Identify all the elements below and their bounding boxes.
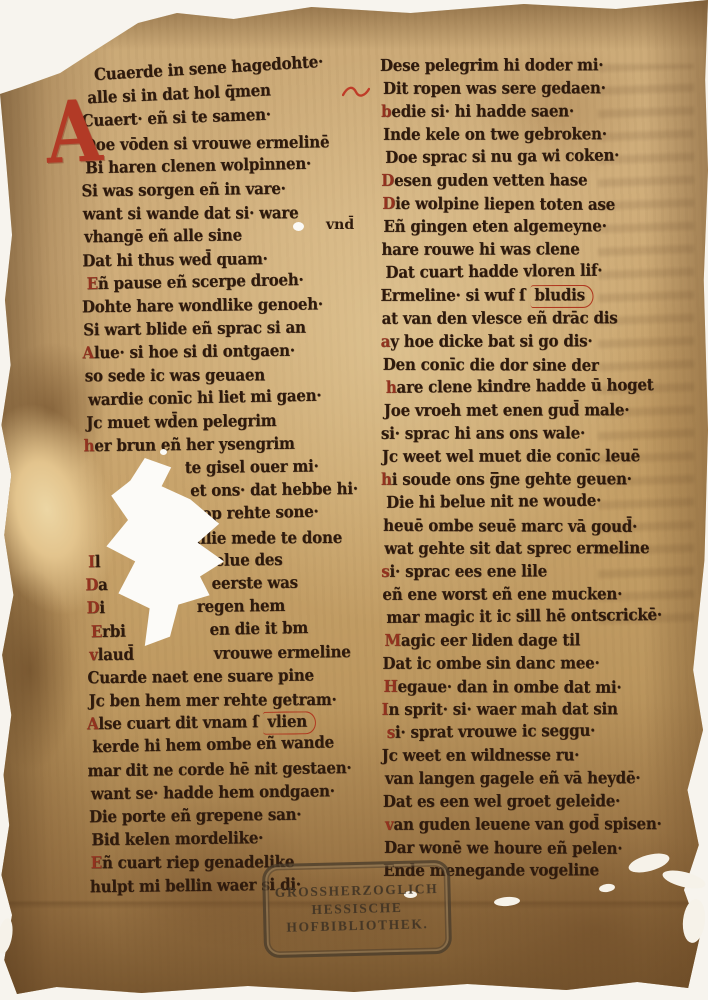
manuscript-line: hare clene kindre hadde ū hoget — [386, 372, 691, 400]
manuscript-line: Desen guden vetten hase — [381, 167, 690, 193]
manuscript-line-fragment: eerste was — [211, 572, 297, 593]
manuscript-line: Dat ic ombe sin danc mee· — [382, 650, 691, 676]
manuscript-line: si· sprat vrouwe ic seggu· — [387, 717, 692, 745]
red-circled-word: bludis — [530, 285, 594, 308]
marginal-note: vnd̄ — [326, 218, 354, 232]
manuscript-photo: Cuaerde in sene hagedohte·alle si in dat… — [0, 0, 708, 1000]
worm-hole — [293, 222, 304, 231]
manuscript-line-fragment: Di — [86, 598, 105, 618]
manuscript-line: Doe sprac si nu ga wi coken· — [385, 142, 690, 170]
manuscript-line-fragment: regen hem — [197, 596, 285, 617]
illuminated-initial: A — [44, 93, 104, 172]
manuscript-line-fragment: Ermeline· si wuf ſ — [381, 285, 526, 305]
manuscript-line-fragment: op rehte sone· — [201, 501, 318, 523]
manuscript-line-fragment: Da — [85, 575, 108, 595]
text-column-right: Dese pelegrim hi doder mi·Dit ropen was … — [380, 54, 692, 883]
manuscript-line-fragment: Il — [88, 552, 101, 572]
manuscript-line-fragment: vlaud̄ — [89, 644, 134, 664]
manuscript-line: van guden leuene van god̄ spisen· — [385, 811, 692, 837]
torn-edge-dark-patch — [0, 540, 90, 800]
stamp-line: HESSISCHE — [311, 900, 402, 919]
red-correction-mark-icon — [342, 84, 370, 100]
manuscript-line-fragment — [134, 658, 214, 659]
worm-hole — [160, 449, 167, 455]
manuscript-line-fragment: en die it bm — [209, 617, 308, 639]
library-stamp: GROSSHERZOGLICH HESSISCHE HOFBIBLIOTHEK. — [262, 860, 452, 959]
manuscript-line-fragment: allie mede te done — [191, 527, 342, 548]
manuscript-line-fragment: et ons· dat hebbe hi· — [190, 479, 358, 501]
stamp-line: GROSSHERZOGLICH — [275, 881, 439, 901]
stamp-line: HOFBIBLIOTHEK. — [286, 917, 428, 937]
manuscript-line-fragment: Erbi — [91, 621, 126, 641]
manuscript-line-fragment: te gisel ouer mi· — [185, 456, 319, 477]
manuscript-line: Dat cuart hadde vloren lif· — [385, 257, 690, 285]
manuscript-line-fragment: Alse cuart dit vnam ſ — [87, 712, 259, 734]
manuscript-line: ay hoe dicke bat si go dis· — [381, 328, 691, 354]
manuscript-line: mar magic it ic sill hē ontscrickē· — [386, 602, 691, 630]
manuscript-line: Die hi belue nit ne woude· — [386, 487, 691, 515]
manuscript-line-fragment: vrouwe ermeline — [214, 641, 351, 662]
text-column-left: Cuaerde in sene hagedohte·alle si in dat… — [79, 60, 399, 898]
